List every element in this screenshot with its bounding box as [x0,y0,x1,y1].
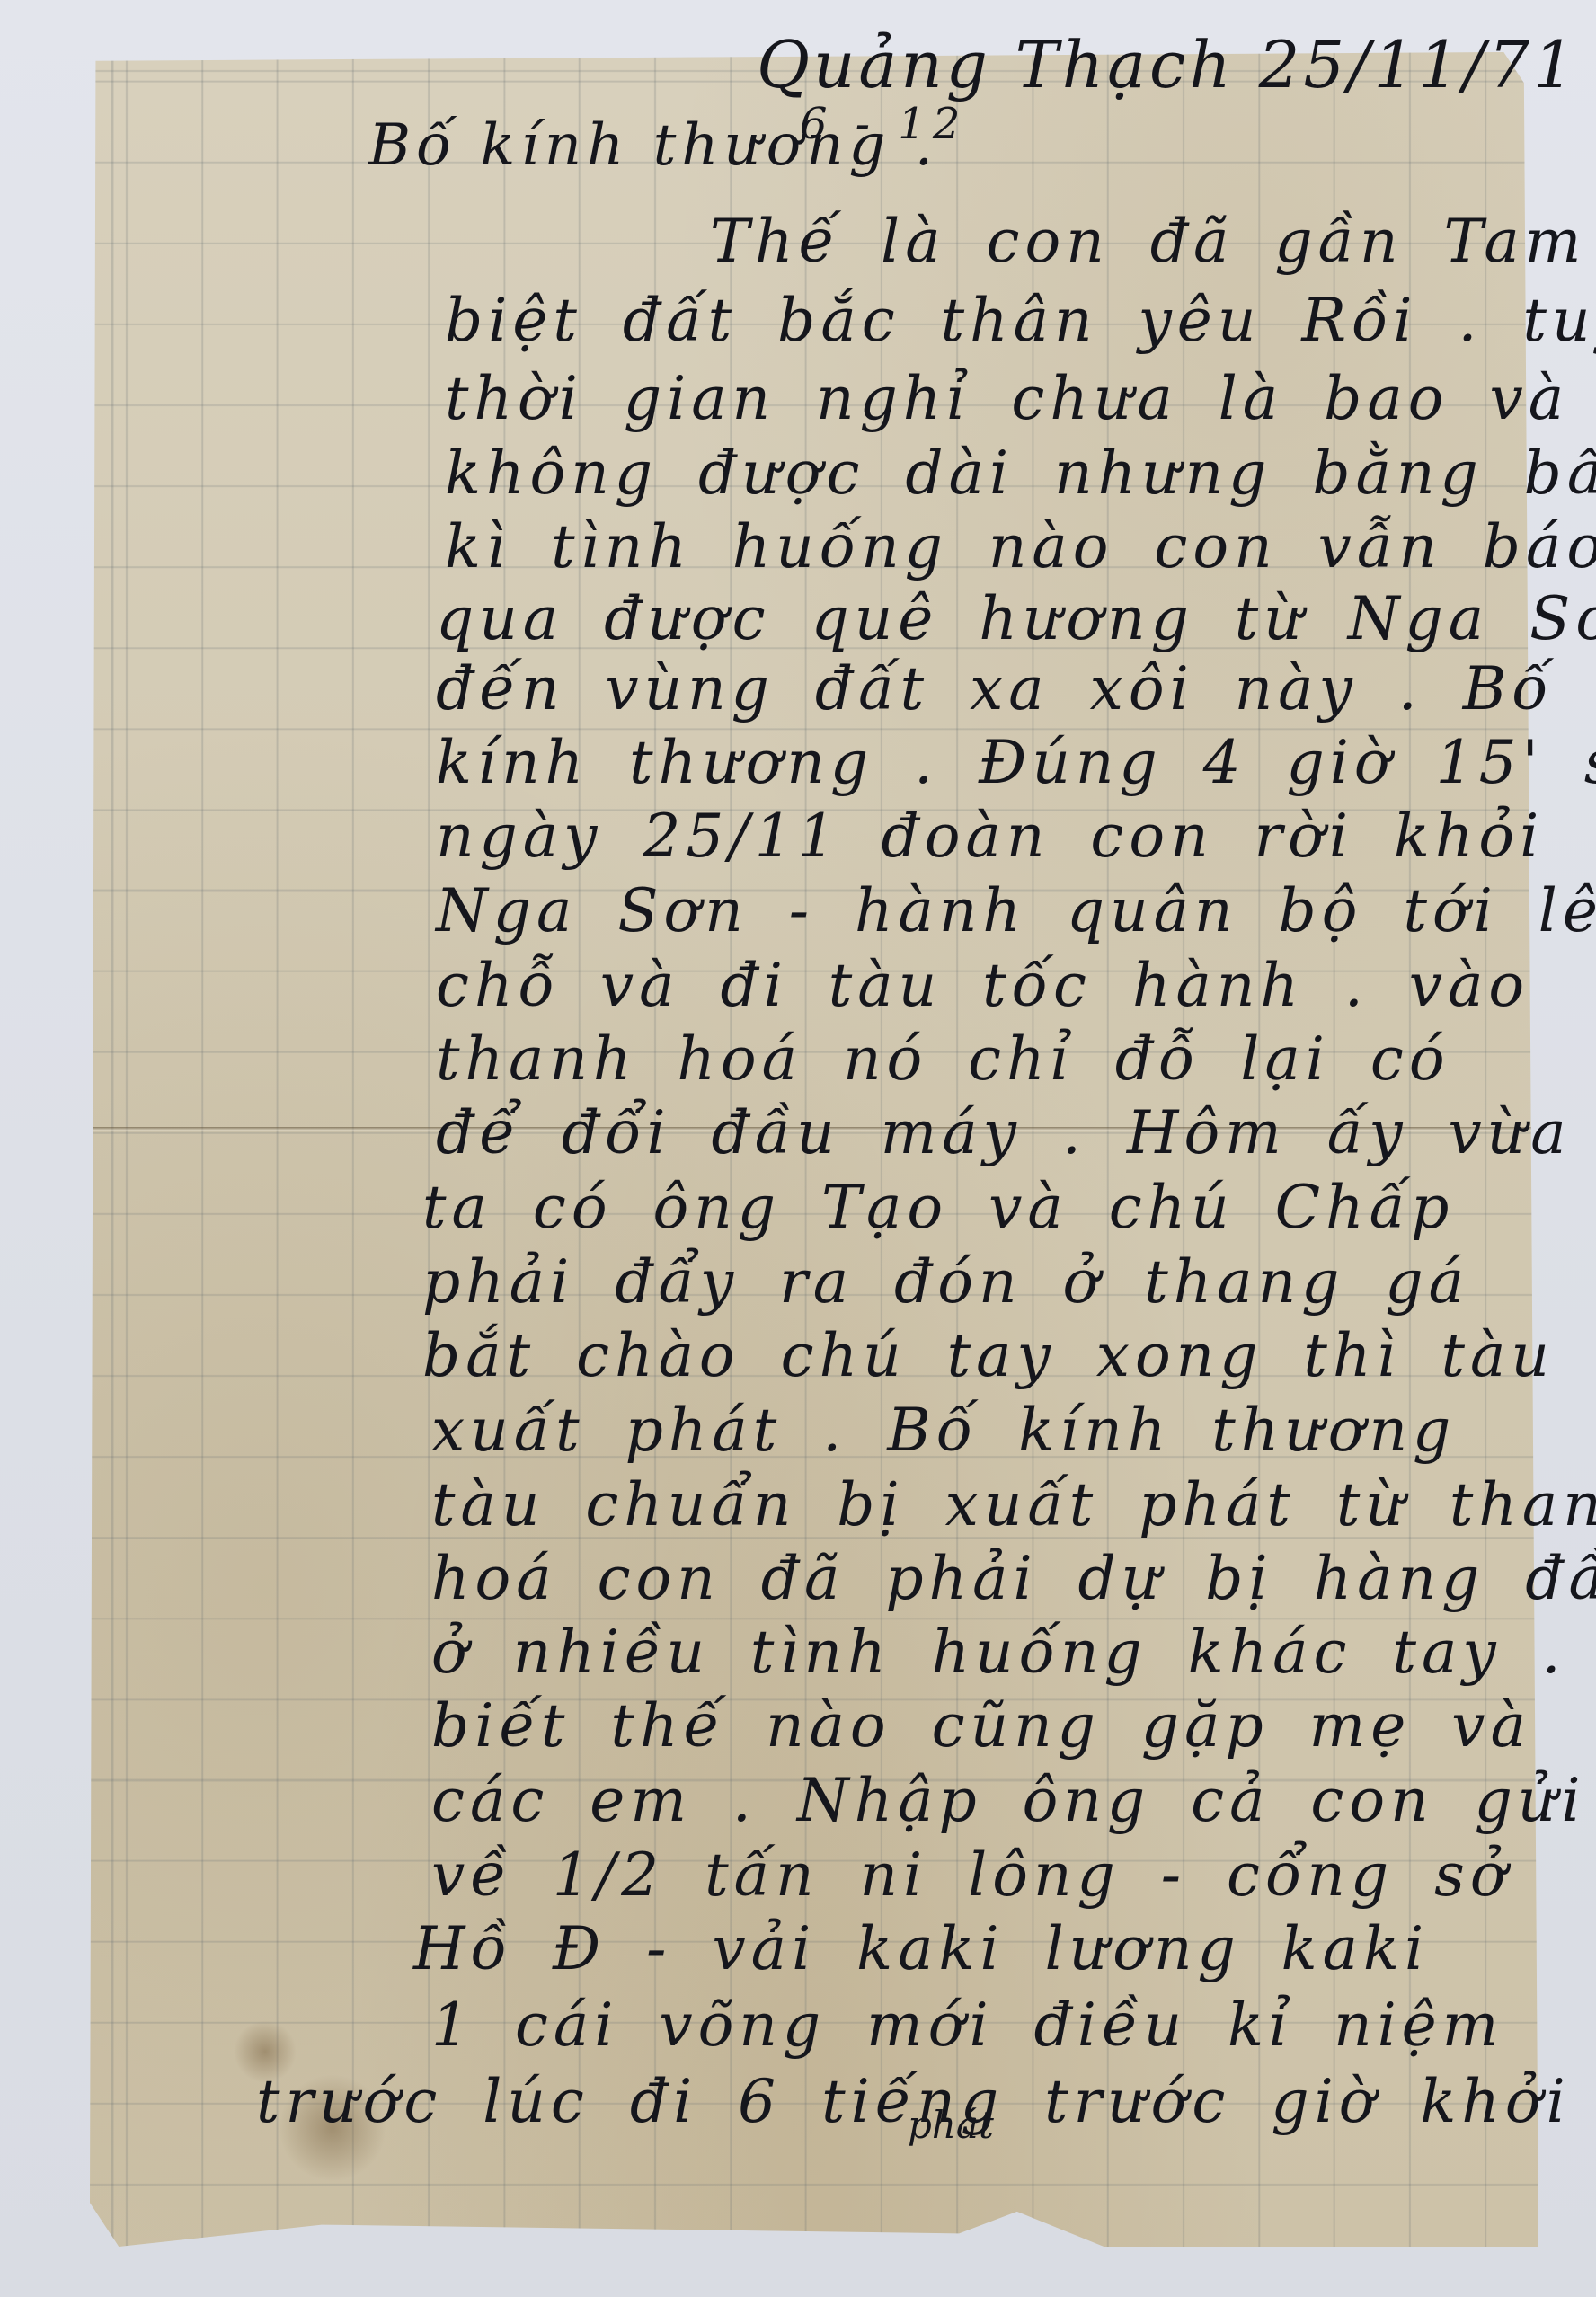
body-line: chỗ và đi tàu tốc hành . vào [436,951,1529,1020]
body-line: Hồ Đ - vải kaki lương kaki [413,1914,1429,1983]
body-line: kính thương . Đúng 4 giờ 15' sáng [436,728,1596,797]
body-line: ta có ông Tạo và chú Chấp [422,1173,1454,1242]
body-line: biệt đất bắc thân yêu Rồi . tuy [445,286,1596,355]
body-line: kì tình huống nào con vẫn báo [445,512,1596,581]
body-line: ngày 25/11 đoàn con rời khỏi [436,802,1544,871]
salutation: Bố kính thương . [368,112,938,179]
body-line: ở nhiều tình huống khác tay . con [431,1618,1596,1687]
body-line: Nga Sơn - hành quân bộ tới lên [436,876,1596,945]
body-line: biết thế nào cũng gặp mẹ và [431,1691,1531,1760]
place-date: Quảng Thạch 25/11/71 [757,27,1578,102]
body-line: đến vùng đất xa xôi này . Bố [436,654,1554,723]
body-line: về 1/2 tấn ni lông - cổng sở [431,1840,1512,1910]
body-line: Thế là con đã gần Tam [710,207,1586,276]
body-line: xuất phát . Bố kính thương [431,1396,1456,1465]
body-line: thời gian nghỉ chưa là bao và cũng [445,364,1596,433]
body-line: để đổi đầu máy . Hôm ấy vừa [436,1098,1572,1167]
body-line: qua được quê hương từ Nga Sơn [436,584,1596,653]
body-line: không được dài nhưng bằng bất [445,439,1596,508]
body-line: phải đẩy ra đón ở thang gá [422,1247,1469,1317]
body-line: 1 cái võng mới điều kỉ niệm [431,1991,1503,2060]
body-line: hoá con đã phải dự bị hàng đầu [431,1544,1596,1613]
body-line: tàu chuẩn bị xuất phát từ thanh [431,1470,1596,1539]
body-line: thanh hoá nó chỉ đỗ lại có [436,1024,1450,1094]
margin-annotation: phát [908,2103,994,2147]
body-line: bắt chào chú tay xong thì tàu [422,1321,1555,1390]
body-line: các em . Nhập ông cả con gửi [431,1766,1585,1835]
